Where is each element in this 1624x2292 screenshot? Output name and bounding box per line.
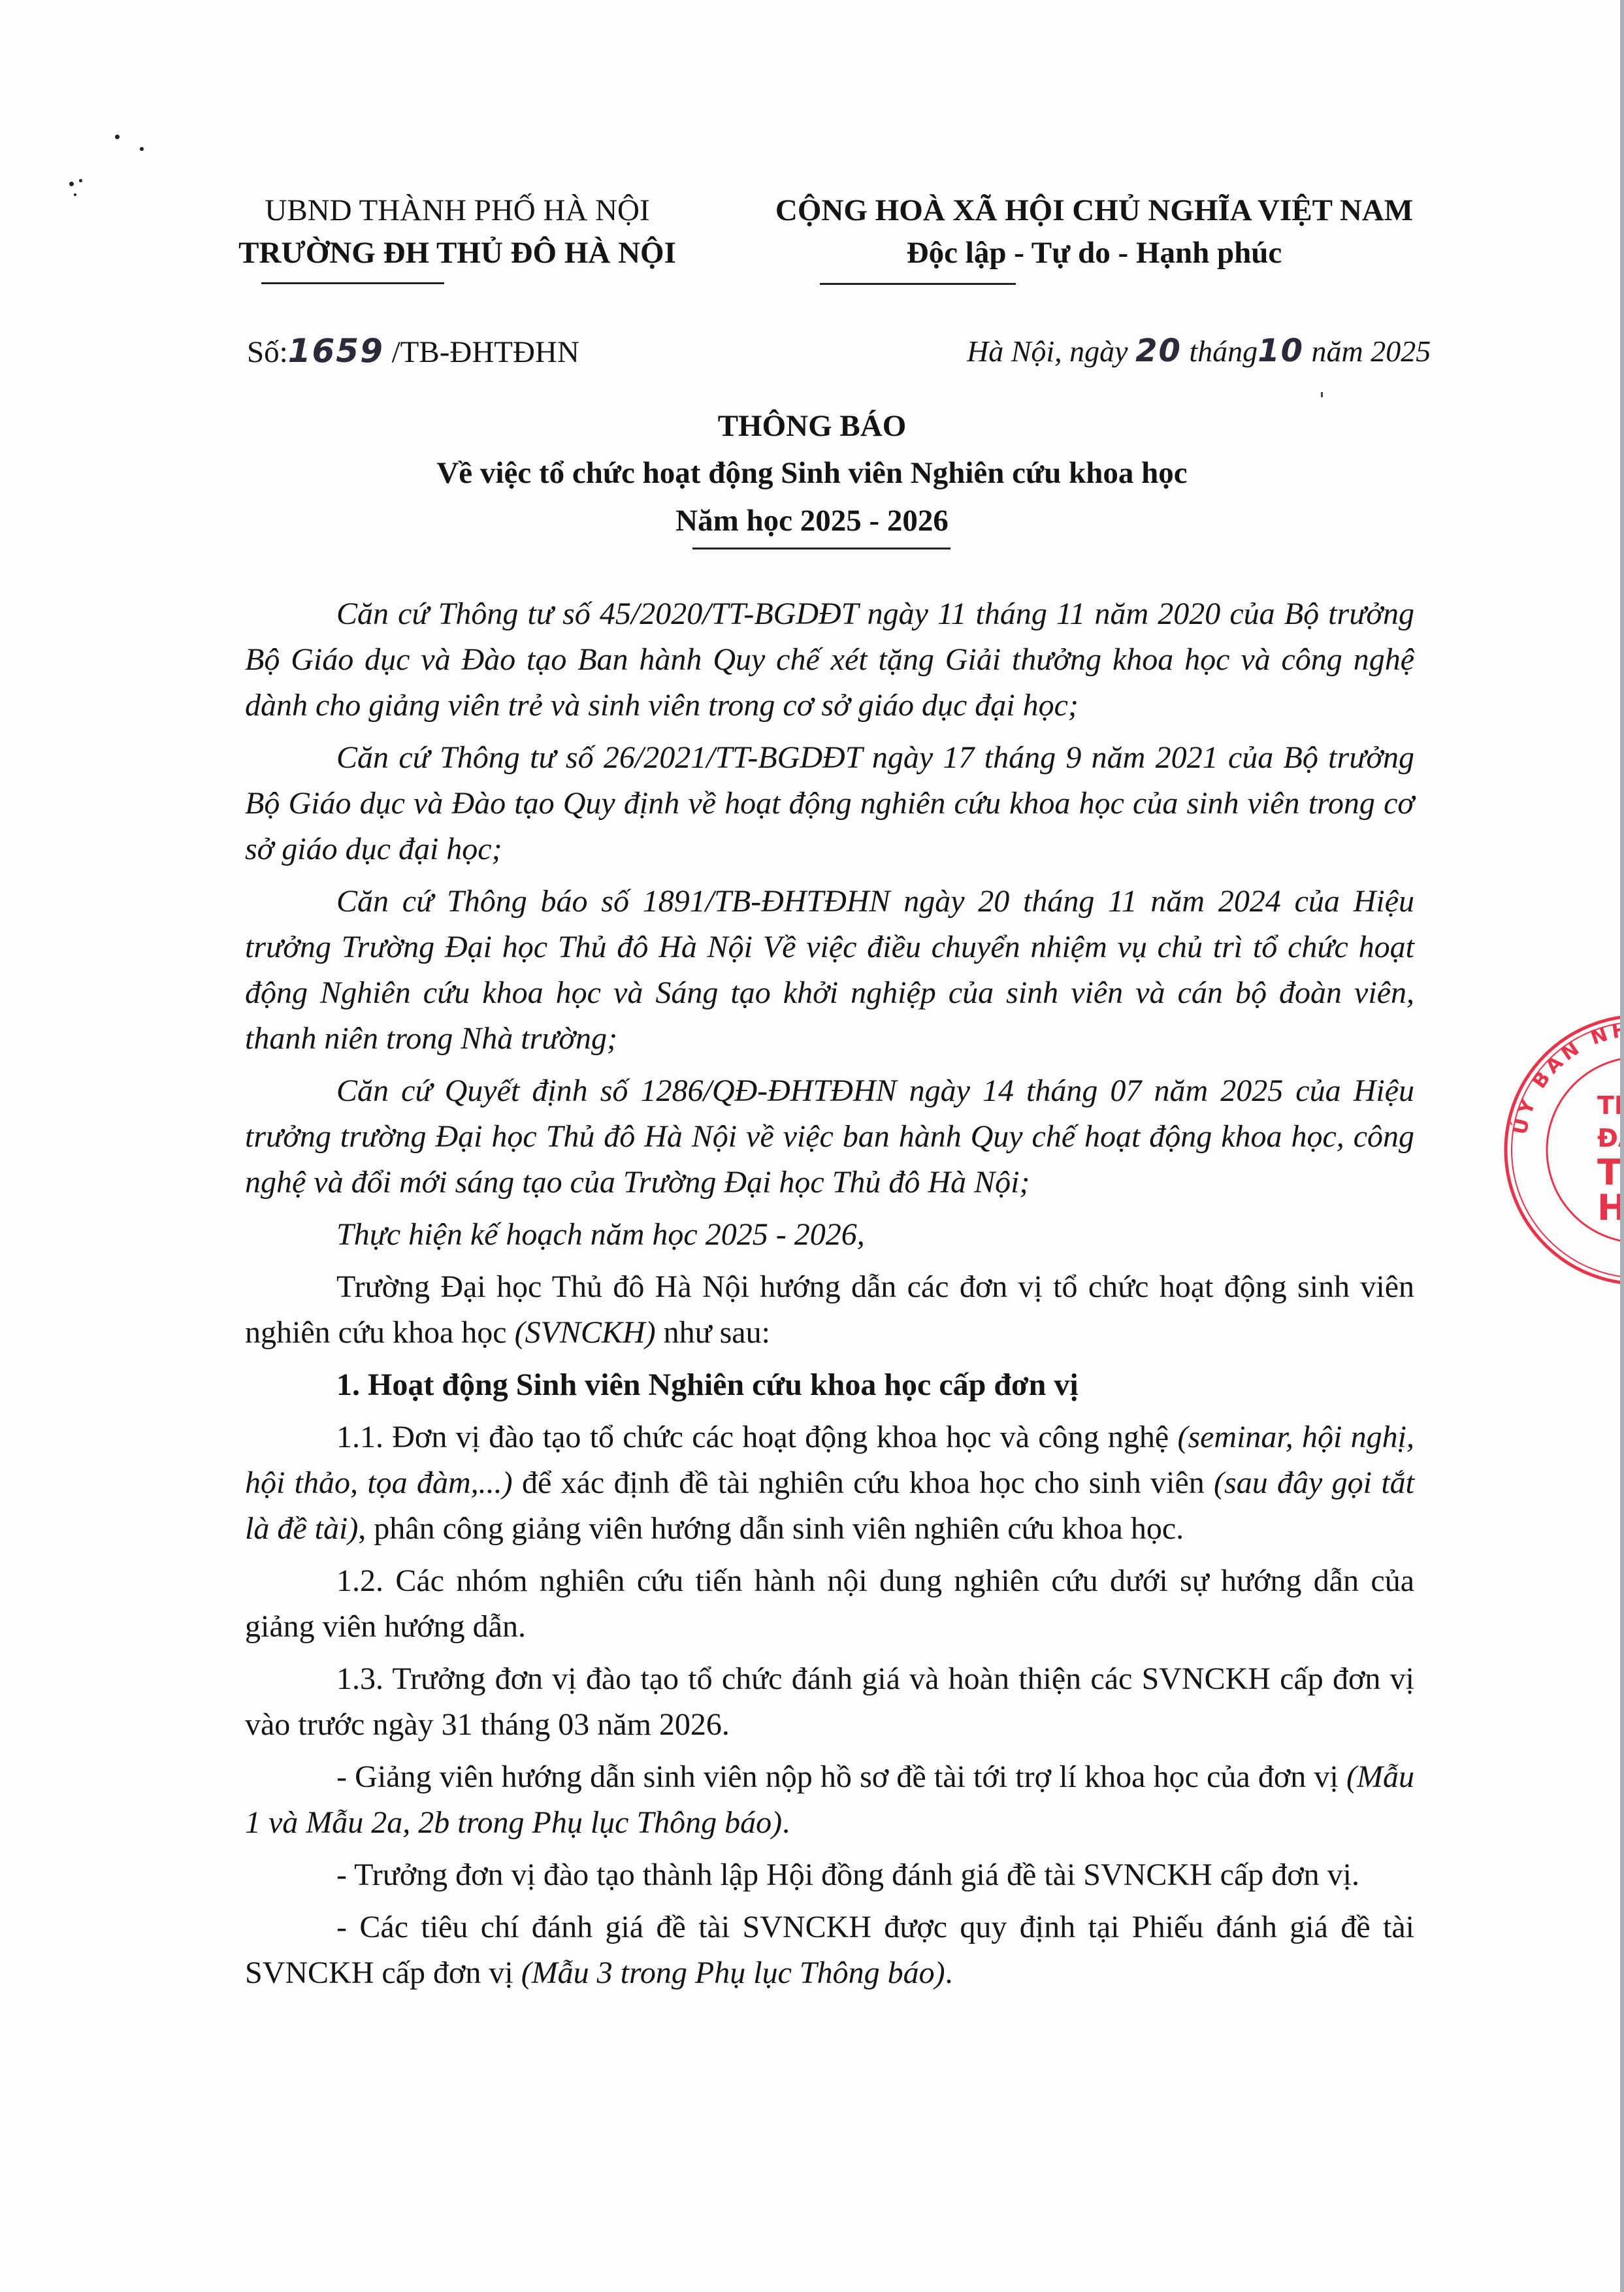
notice-school-year: Năm học 2025 - 2026 <box>0 500 1624 542</box>
scan-speck <box>79 179 82 182</box>
intro-text: Trường Đại học Thủ đô Hà Nội hướng dẫn c… <box>245 1269 1414 1350</box>
header-right-underline <box>820 283 1016 285</box>
legal-basis-3: Căn cứ Thông báo số 1891/TB-ĐHTĐHN ngày … <box>245 879 1414 1062</box>
national-motto: Độc lập - Tự do - Hạnh phúc <box>751 232 1437 274</box>
bullet-council: - Trưởng đơn vị đào tạo thành lập Hội đồ… <box>245 1852 1414 1898</box>
bullet-submit-dossier: - Giảng viên hướng dẫn sinh viên nộp hồ … <box>245 1754 1414 1846</box>
section-1-heading: 1. Hoạt động Sinh viên Nghiên cứu khoa h… <box>245 1362 1414 1408</box>
bullet-3-end: . <box>945 1956 953 1990</box>
legal-basis-1: Căn cứ Thông tư số 45/2020/TT-BGDĐT ngày… <box>245 591 1414 729</box>
date-month-label: tháng <box>1182 335 1258 368</box>
item-1-3: 1.3. Trưởng đơn vị đào tạo tổ chức đánh … <box>245 1656 1414 1748</box>
title-underline <box>692 548 950 549</box>
official-seal-stamp: ỦY BAN NHÂN DÂN TRƯĐẠITHHÀ <box>1499 1009 1624 1290</box>
notice-title: THÔNG BÁO <box>0 405 1624 447</box>
intro-abbreviation: (SVNCKH) <box>515 1315 656 1350</box>
intro-paragraph: Trường Đại học Thủ đô Hà Nội hướng dẫn c… <box>245 1264 1414 1356</box>
document-body: Căn cứ Thông tư số 45/2020/TT-BGDĐT ngày… <box>245 591 1414 1996</box>
scan-speck <box>115 135 120 139</box>
item-1-1-a: 1.1. Đơn vị đào tạo tổ chức các hoạt độn… <box>336 1420 1177 1454</box>
document-number: Số:1659 /TB-ĐHTĐHN <box>247 330 579 373</box>
national-title: CỘNG HOÀ XÃ HỘI CHỦ NGHĨA VIỆT NAM <box>751 189 1437 231</box>
date-year: năm 2025 <box>1304 335 1431 368</box>
item-1-1-c: để xác định đề tài nghiên cứu khoa học c… <box>513 1465 1214 1500</box>
issue-date: Hà Nội, ngày 20 tháng10 năm 2025 <box>967 330 1431 372</box>
bullet-1-end: . <box>782 1805 790 1840</box>
intro-end: như sau: <box>656 1315 770 1350</box>
scan-mark <box>1321 392 1323 397</box>
issuing-school: TRƯỜNG ĐH THỦ ĐÔ HÀ NỘI <box>196 232 719 274</box>
scan-speck <box>69 182 74 186</box>
bullet-3-form: (Mẫu 3 trong Phụ lục Thông báo) <box>521 1956 945 1990</box>
scan-speck <box>140 147 144 151</box>
implementation-basis: Thực hiện kế hoạch năm học 2025 - 2026, <box>245 1212 1414 1258</box>
date-month-handwritten: 10 <box>1258 333 1304 369</box>
doc-number-prefix: Số: <box>247 335 288 369</box>
date-day-handwritten: 20 <box>1135 333 1182 369</box>
scan-edge <box>1620 0 1624 2292</box>
header-left-underline <box>261 282 444 284</box>
item-1-2: 1.2. Các nhóm nghiên cứu tiến hành nội d… <box>245 1558 1414 1650</box>
doc-number-suffix: /TB-ĐHTĐHN <box>384 335 579 369</box>
item-1-1-e: , phân công giảng viên hướng dẫn sinh vi… <box>358 1511 1184 1546</box>
doc-number-handwritten: 1659 <box>288 332 384 370</box>
bullet-criteria: - Các tiêu chí đánh giá đề tài SVNCKH đư… <box>245 1905 1414 1996</box>
legal-basis-4: Căn cứ Quyết định số 1286/QĐ-ĐHTĐHN ngày… <box>245 1068 1414 1205</box>
scan-speck <box>74 193 76 196</box>
item-1-1: 1.1. Đơn vị đào tạo tổ chức các hoạt độn… <box>245 1415 1414 1552</box>
date-place: Hà Nội, ngày <box>967 335 1135 368</box>
bullet-1-text: - Giảng viên hướng dẫn sinh viên nộp hồ … <box>336 1760 1346 1794</box>
issuing-authority: UBND THÀNH PHỐ HÀ NỘI <box>209 189 706 231</box>
legal-basis-2: Căn cứ Thông tư số 26/2021/TT-BGDĐT ngày… <box>245 735 1414 872</box>
notice-subject: Về việc tổ chức hoạt động Sinh viên Nghi… <box>0 452 1624 494</box>
